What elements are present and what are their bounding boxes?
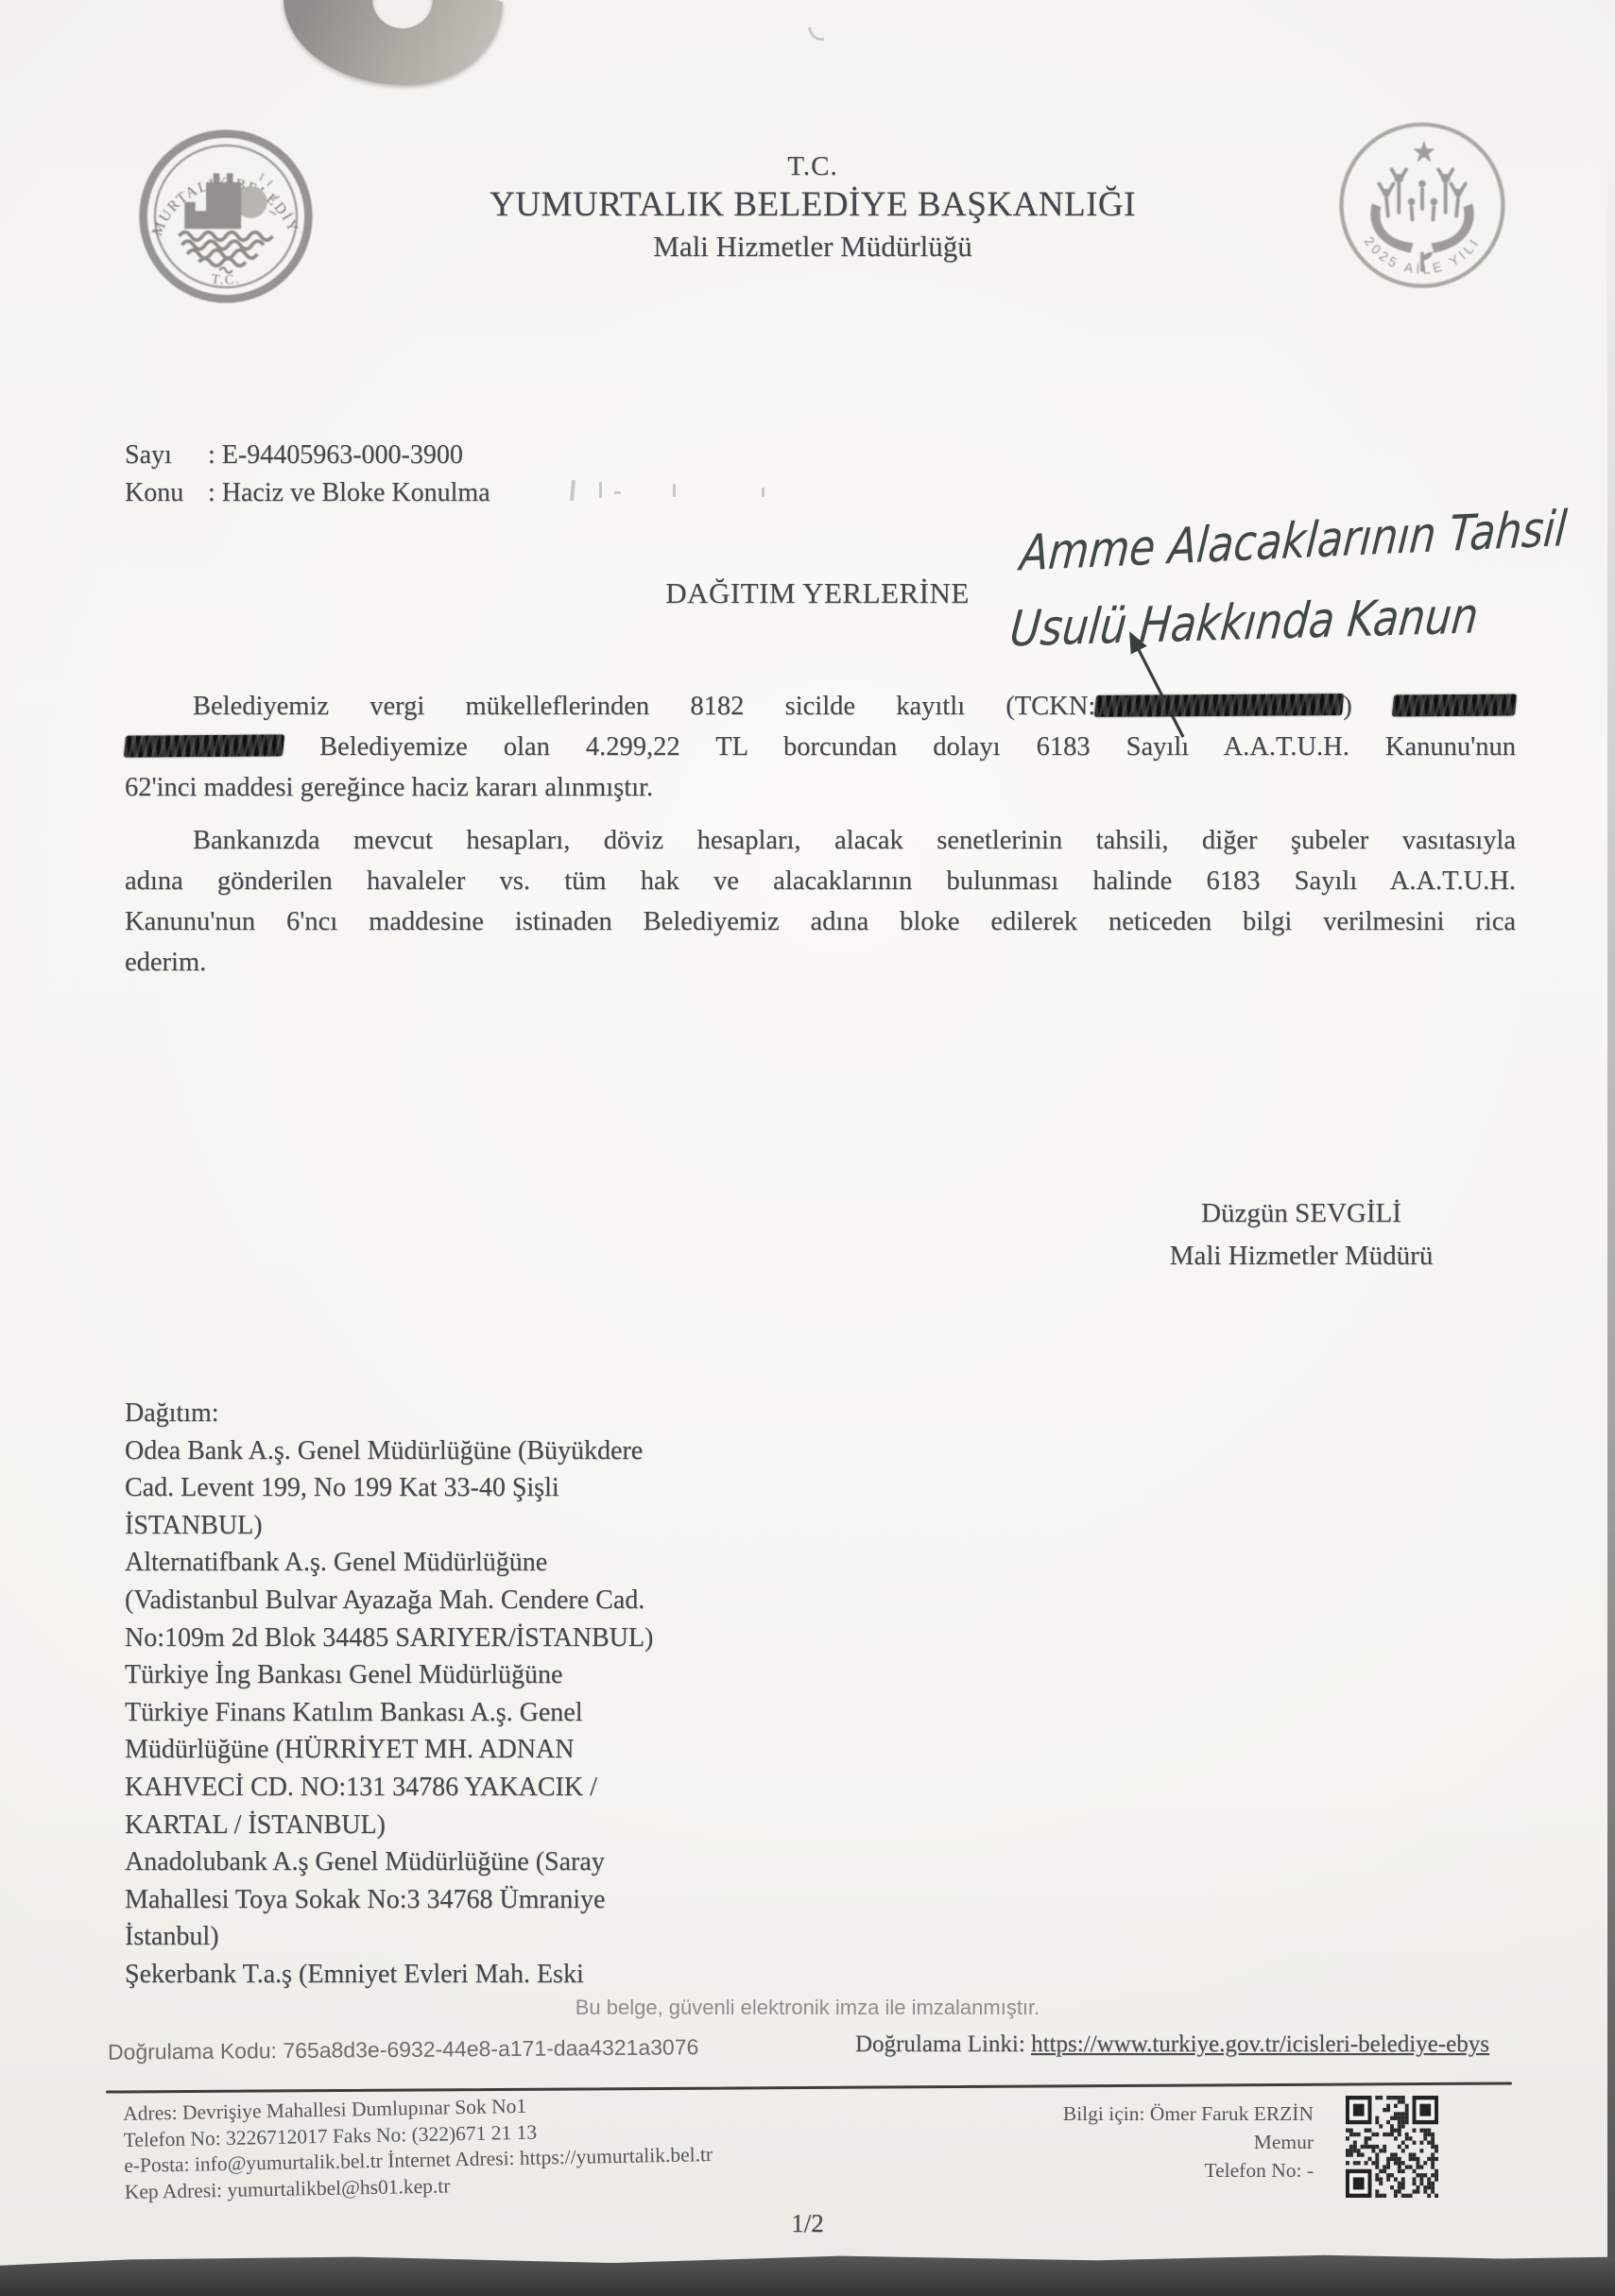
faded-print-mark [599, 482, 602, 498]
svg-text:T.C.: T.C. [211, 271, 242, 288]
sayi-value: : E-94405963-000-3900 [208, 440, 463, 470]
faded-print-mark [673, 484, 676, 497]
family-year-2025-emblem: 2025 AİLE YILI [1332, 115, 1512, 304]
sayi-label: Sayı [125, 437, 208, 474]
faded-print-mark [762, 488, 765, 497]
body-text: Belediyemize olan 4.299,22 TL borcundan … [319, 732, 1516, 762]
distribution-line: İSTANBUL) [125, 1507, 824, 1545]
scan-bottom-edge [0, 2253, 1615, 2296]
distribution-line: Odea Bank A.ş. Genel Müdürlüğüne (Büyükd… [125, 1432, 824, 1470]
letterhead-title: YUMURTALIK BELEDİYE BAŞKANLIĞI [397, 183, 1228, 227]
faded-print-mark [570, 480, 576, 501]
signer-name: Düzgün SEVGİLİ [1108, 1192, 1495, 1235]
handwritten-note-line1: Amme Alacaklarının Tahsil [1018, 501, 1569, 583]
distribution-line: Cad. Levent 199, No 199 Kat 33-40 Şişli [125, 1469, 824, 1507]
municipality-seal: YUMURTALIK BELEDİYESİ T.C. [136, 127, 316, 306]
distribution-line: Türkiye Finans Katılım Bankası A.ş. Gene… [125, 1694, 824, 1732]
body-paragraph-1: Belediyemiz vergi mükelleflerinden 8182 … [125, 686, 1516, 808]
signature-block: Düzgün SEVGİLİ Mali Hizmetler Müdürü [1108, 1192, 1495, 1277]
verification-link-label: Doğrulama Linki: [855, 2031, 1025, 2057]
verification-link-url: https://www.turkiye.gov.tr/icisleri-bele… [1031, 2031, 1489, 2057]
body-text: ) [1343, 692, 1352, 721]
distribution-line: Şekerbank T.a.ş (Emniyet Evleri Mah. Esk… [125, 1956, 824, 1994]
redaction-mark [124, 734, 284, 757]
scan-artifact [801, 2, 847, 47]
distribution-line: Mahallesi Toya Sokak No:3 34768 Ümraniye [125, 1881, 824, 1919]
distribution-line: Müdürlüğüne (HÜRRİYET MH. ADNAN [125, 1731, 824, 1769]
distribution-label: Dağıtım: [125, 1395, 824, 1432]
distribution-line: İstanbul) [125, 1918, 824, 1956]
konu-value: : Haciz ve Bloke Konulma [208, 478, 490, 507]
distribution-line: Türkiye İng Bankası Genel Müdürlüğüne [125, 1656, 824, 1694]
body-text: Belediyemiz vergi mükelleflerinden 8182 … [193, 692, 1095, 721]
distribution-line: No:109m 2d Blok 34485 SARIYER/İSTANBUL) [125, 1619, 824, 1657]
esignature-note: Bu belge, güvenli elektronik imza ile im… [0, 1996, 1615, 2020]
paragraph-line: 62'inci maddesi gereğince haciz kararı a… [125, 767, 1516, 808]
page-number: 1/2 [0, 2209, 1615, 2238]
footer-divider [106, 2082, 1512, 2093]
contact-title: Memur [973, 2128, 1314, 2156]
distribution-line: KARTAL / İSTANBUL) [125, 1807, 824, 1844]
verification-link-line: Doğrulama Linki: https://www.turkiye.gov… [855, 2031, 1489, 2058]
scan-edge-shadow [1607, 132, 1615, 2296]
letterhead-subtitle: Mali Hizmetler Müdürlüğü [397, 227, 1228, 266]
letterhead-tc: T.C. [397, 149, 1228, 183]
paragraph-line: Belediyemize olan 4.299,22 TL borcundan … [125, 727, 1516, 767]
paragraph-line: ederim. [125, 942, 1516, 983]
redaction-mark [1094, 694, 1344, 717]
distribution-line: Anadolubank A.ş Genel Müdürlüğüne (Saray [125, 1843, 824, 1881]
address-block: Adres: Devrişiye Mahallesi Dumlupınar So… [123, 2090, 713, 2205]
paragraph-line: adına gönderilen havaleler vs. tüm hak v… [125, 861, 1516, 901]
distribution-line: Alternatifbank A.ş. Genel Müdürlüğüne [125, 1544, 824, 1582]
redaction-mark [1392, 694, 1517, 717]
contact-block: Bilgi için: Ömer Faruk ERZİN Memur Telef… [973, 2099, 1314, 2185]
paragraph-line: Bankanızda mevcut hesapları, döviz hesap… [125, 820, 1516, 861]
verification-code-line: Doğrulama Kodu: 765a8d3e-6932-44e8-a171-… [108, 2034, 699, 2065]
qr-code [1346, 2096, 1438, 2198]
contact-name: Bilgi için: Ömer Faruk ERZİN [973, 2099, 1314, 2128]
fastener-hole [372, 0, 433, 28]
distribution-line: (Vadistanbul Bulvar Ayazağa Mah. Cendere… [125, 1582, 824, 1619]
paper-fastener [283, 0, 503, 85]
verification-code-label: Doğrulama Kodu: [108, 2038, 277, 2065]
signer-title: Mali Hizmetler Müdürü [1108, 1235, 1495, 1277]
verification-code-value: 765a8d3e-6932-44e8-a171-daa4321a3076 [283, 2034, 698, 2063]
family-figures [1379, 169, 1465, 219]
faded-print-mark [614, 491, 621, 494]
paragraph-line: Belediyemiz vergi mükelleflerinden 8182 … [125, 686, 1516, 727]
konu-line: Konu: Haciz ve Bloke Konulma [125, 474, 490, 512]
scanned-letter-page: YUMURTALIK BELEDİYESİ T.C. T.C. YUMURTAL… [0, 0, 1615, 2296]
konu-label: Konu [125, 474, 208, 512]
body-paragraph-2: Bankanızda mevcut hesapları, döviz hesap… [125, 820, 1516, 983]
recipient-line: DAĞITIM YERLERİNE [605, 576, 1030, 610]
star-icon [1414, 141, 1435, 163]
paragraph-line: Kanunu'nun 6'ncı maddesine istinaden Bel… [125, 901, 1516, 942]
contact-phone: Telefon No: - [973, 2156, 1314, 2185]
distribution-line: KAHVECİ CD. NO:131 34786 YAKACIK / [125, 1769, 824, 1807]
seal-bottom-text: T.C. [211, 271, 242, 288]
distribution-list: Dağıtım: Odea Bank A.ş. Genel Müdürlüğün… [125, 1395, 824, 1994]
document-meta: Sayı: E-94405963-000-3900 Konu: Haciz ve… [125, 437, 490, 512]
sayi-line: Sayı: E-94405963-000-3900 [125, 437, 490, 474]
letterhead: T.C. YUMURTALIK BELEDİYE BAŞKANLIĞI Mali… [397, 149, 1228, 266]
